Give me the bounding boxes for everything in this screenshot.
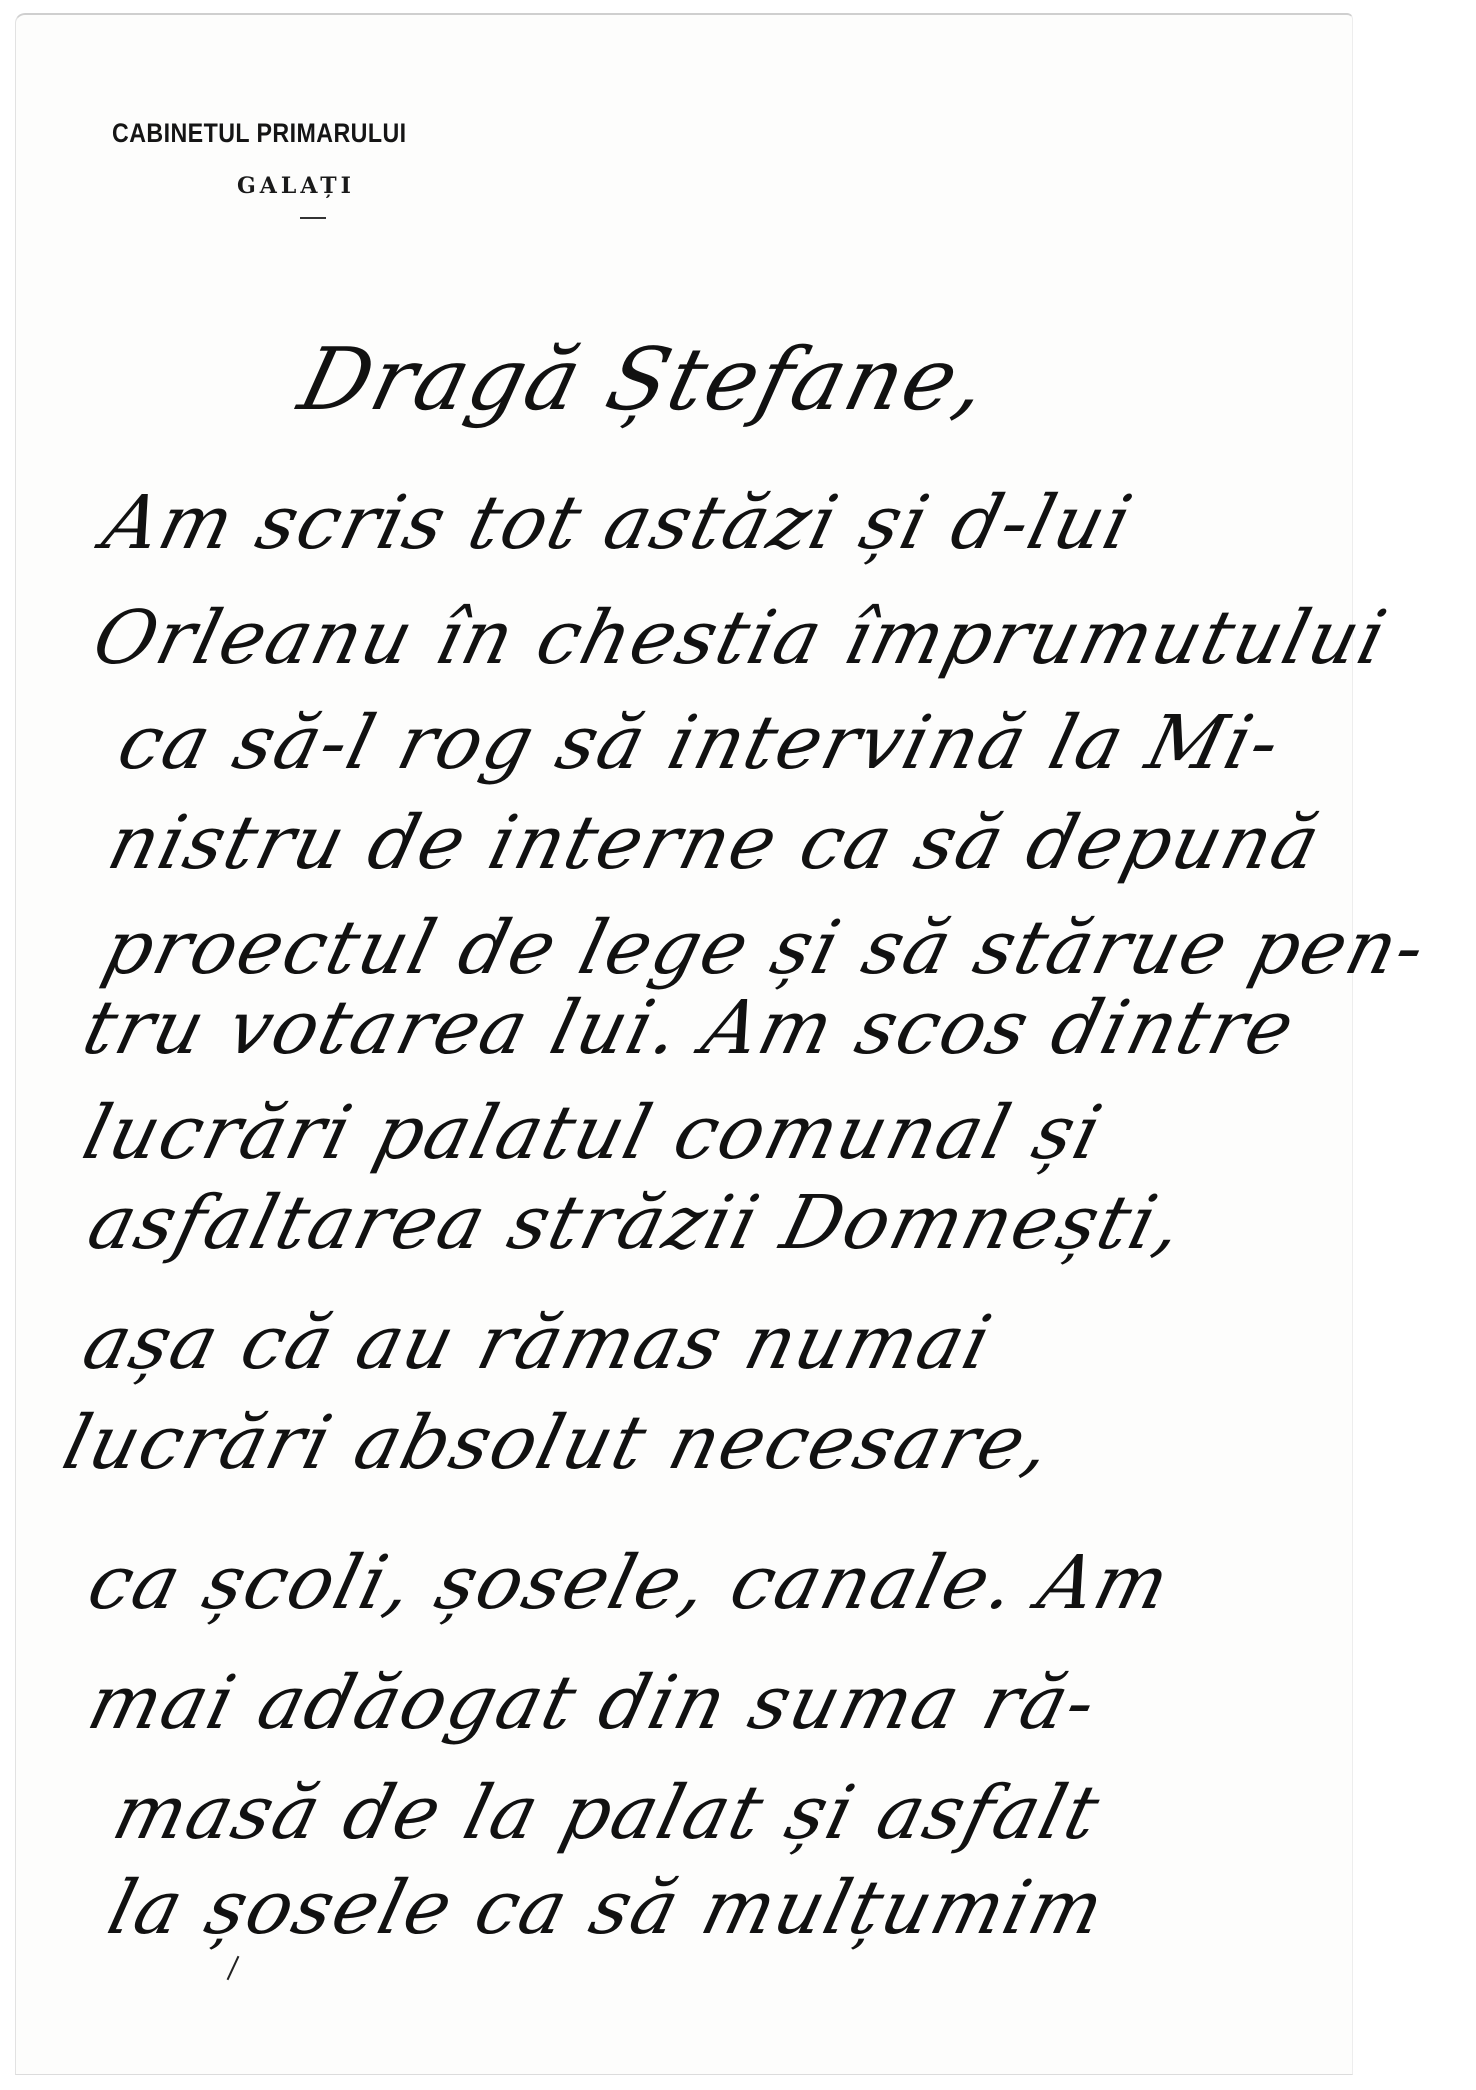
body-line-3: ca să-l rog să intervină la Mi- [110,700,1290,786]
body-line-10: lucrări absolut necesare, [55,1400,1061,1486]
body-line-14: la șosele ca să mulțumim [100,1865,1114,1951]
body-line-6: tru votarea lui. Am scos dintre [75,985,1304,1071]
letterhead-office: CABINETUL PRIMARULUI [112,118,456,149]
greeting: Dragă Ștefane, [290,330,999,430]
body-line-7: lucrări palatul comunal și [75,1090,1112,1176]
body-line-13: masă de la palat și asfalt [105,1770,1109,1856]
body-line-8: asfaltarea străzii Domnești, [80,1180,1193,1266]
body-line-5: proectul de lege și să stărue pen- [95,905,1435,991]
body-line-12: mai adăogat din suma ră- [80,1660,1106,1746]
body-line-2: Orleanu în chestia împrumutului [85,595,1396,681]
body-line-4: nistru de interne ca să depună [100,800,1330,886]
body-line-1: Am scris tot astăzi și d-lui [95,480,1142,566]
body-line-9: așa că au rămas numai [75,1300,1001,1386]
letterhead-city: GALAȚI [237,173,355,199]
letterhead-rule [300,217,326,219]
body-line-11: ca școli, șosele, canale. Am [80,1540,1179,1626]
